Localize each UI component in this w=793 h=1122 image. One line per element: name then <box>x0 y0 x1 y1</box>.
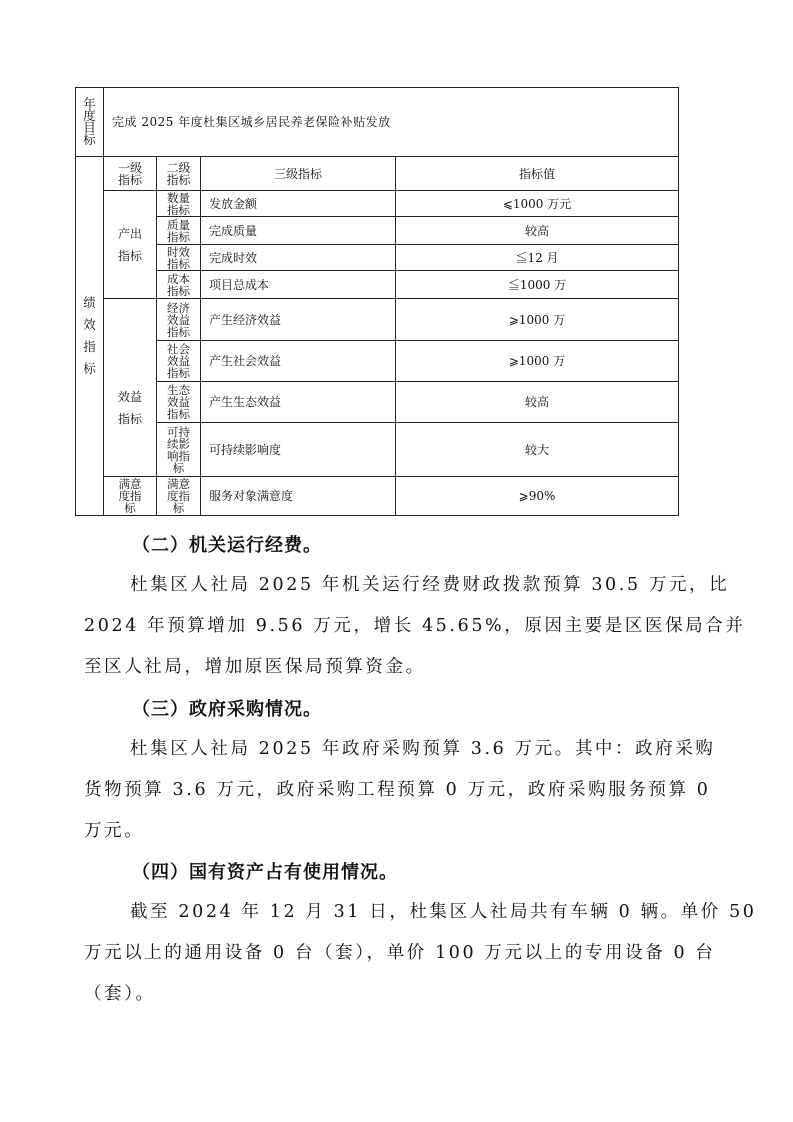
value-cell: ≦12 月 <box>396 245 679 271</box>
level2-cell: 满意度指标 <box>157 477 201 516</box>
level2-cell: 社会效益指标 <box>157 341 201 382</box>
performance-indicator-table: 年度目标 完成 2025 年度杜集区城乡居民养老保险补贴发放 绩效指标 一级指标… <box>75 87 679 516</box>
paragraph-line: （套）。 <box>84 980 156 1005</box>
paragraph-line: 杜集区人社局 2025 年政府采购预算 3.6 万元。其中：政府采购 <box>130 735 716 760</box>
level1-output: 产出指标 <box>104 191 157 299</box>
paragraph-line: 万元。 <box>84 817 144 842</box>
value-cell: ≦1000 万 <box>396 271 679 299</box>
level3-cell: 产生社会效益 <box>201 341 396 382</box>
paragraph-line: 货物预算 3.6 万元，政府采购工程预算 0 万元，政府采购服务预算 0 <box>84 776 711 801</box>
value-cell: 较高 <box>396 217 679 245</box>
header-level2: 二级指标 <box>157 157 201 191</box>
value-cell: 较大 <box>396 423 679 477</box>
level2-cell: 成本指标 <box>157 271 201 299</box>
annual-goal-text: 完成 2025 年度杜集区城乡居民养老保险补贴发放 <box>104 88 679 157</box>
value-cell: ⩾90% <box>396 477 679 516</box>
level3-cell: 服务对象满意度 <box>201 477 396 516</box>
header-value: 指标值 <box>396 157 679 191</box>
value-cell: ⩾1000 万 <box>396 299 679 341</box>
paragraph-line: 至区人社局，增加原医保局预算资金。 <box>84 653 426 678</box>
level3-cell: 完成质量 <box>201 217 396 245</box>
level3-cell: 完成时效 <box>201 245 396 271</box>
level1-satisfaction: 满意度指标 <box>104 477 157 516</box>
section-heading-state-assets: （四）国有资产占有使用情况。 <box>132 858 398 884</box>
level1-benefit: 效益指标 <box>104 299 157 477</box>
level3-cell: 产生生态效益 <box>201 382 396 423</box>
performance-indicators-label: 绩效指标 <box>76 157 104 516</box>
annual-goal-label: 年度目标 <box>76 88 104 157</box>
level2-cell: 质量指标 <box>157 217 201 245</box>
level2-cell: 数量指标 <box>157 191 201 217</box>
paragraph-line: 截至 2024 年 12 月 31 日，杜集区人社局共有车辆 0 辆。单价 50 <box>130 898 757 923</box>
section-heading-procurement: （三）政府采购情况。 <box>132 695 322 721</box>
value-cell: 较高 <box>396 382 679 423</box>
level3-cell: 发放金额 <box>201 191 396 217</box>
level2-cell: 生态效益指标 <box>157 382 201 423</box>
paragraph-line: 杜集区人社局 2025 年机关运行经费财政拨款预算 30.5 万元，比 <box>130 571 729 596</box>
header-level1: 一级指标 <box>104 157 157 191</box>
value-cell: ⩾1000 万 <box>396 341 679 382</box>
paragraph-line: 万元以上的通用设备 0 台（套），单价 100 万元以上的专用设备 0 台 <box>84 939 716 964</box>
level2-cell: 经济效益指标 <box>157 299 201 341</box>
section-heading-operating-costs: （二）机关运行经费。 <box>132 531 322 557</box>
header-level3: 三级指标 <box>201 157 396 191</box>
value-cell: ⩽1000 万元 <box>396 191 679 217</box>
paragraph-line: 2024 年预算增加 9.56 万元，增长 45.65%，原因主要是区医保局合并 <box>84 612 745 637</box>
level2-cell: 可持续影响指标 <box>157 423 201 477</box>
level3-cell: 产生经济效益 <box>201 299 396 341</box>
level3-cell: 项目总成本 <box>201 271 396 299</box>
level3-cell: 可持续影响度 <box>201 423 396 477</box>
level2-cell: 时效指标 <box>157 245 201 271</box>
